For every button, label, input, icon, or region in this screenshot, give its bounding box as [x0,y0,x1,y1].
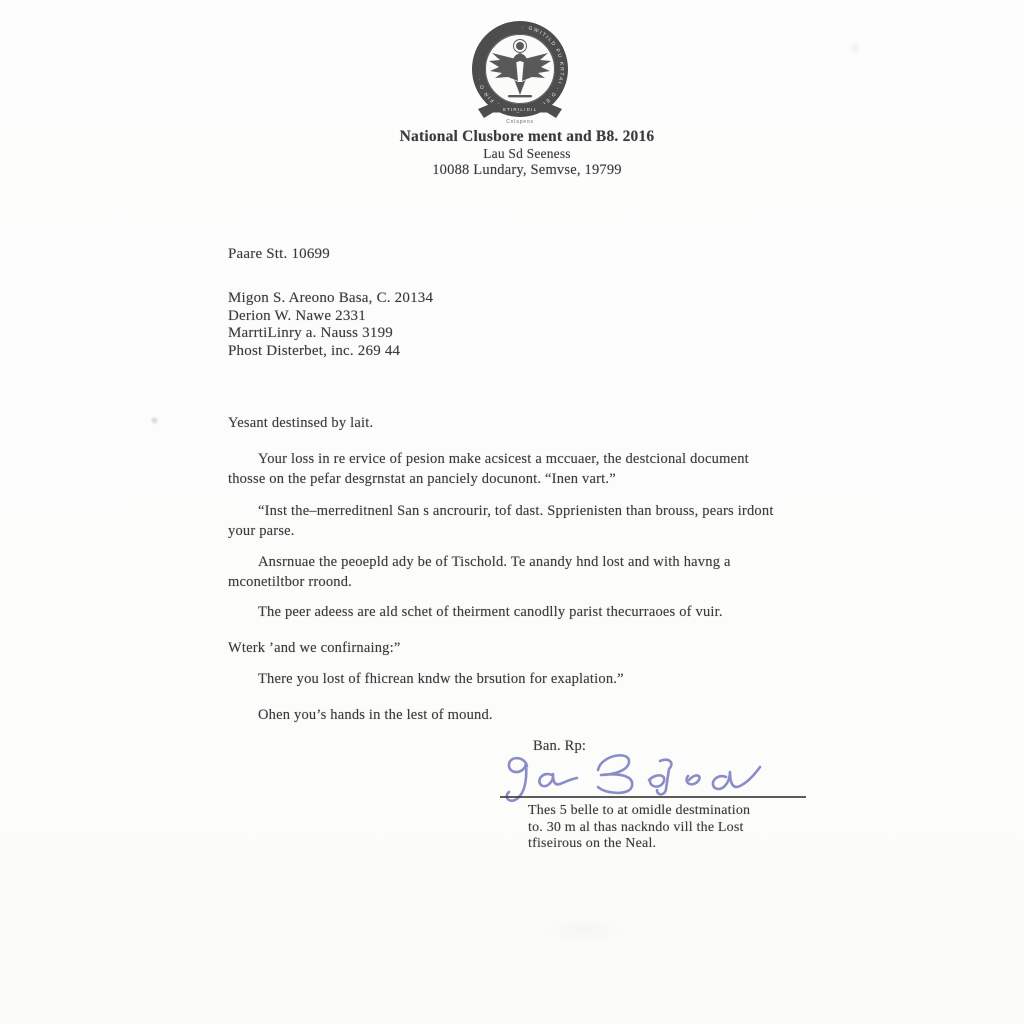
handwritten-signature [497,749,799,803]
recipient-line: MarrtiLinry a. Nauss 3199 [228,325,433,343]
signature-block-line: to. 30 m al thas nackndo vill the Lost [528,820,750,837]
signature-block: Thes 5 belle to at omidle destmination t… [528,803,750,853]
paragraph: Ansrnuae the peoepld ady be of Tischold.… [228,552,833,593]
organization-seal-icon: · GWITILD PU KRTAI · D.EIR · M DIS EI FI… [462,14,582,130]
recipient-address: Migon S. Areono Basa, C. 20134 Derion W.… [228,290,433,360]
letterhead-division: Lau Sd Seeness [327,146,727,162]
paragraph: There you lost of fhicrean kndw the brsu… [228,669,833,689]
signature-block-line: Thes 5 belle to at omidle destmination [528,803,750,820]
paragraph-line: your parse. [228,521,833,541]
signature-line [500,796,806,798]
scanned-letter-page: · GWITILD PU KRTAI · D.EIR · M DIS EI FI… [0,0,1024,1024]
recipient-line: Migon S. Areono Basa, C. 20134 [228,290,433,308]
seal-motto-text: Cnlapeos [506,119,534,125]
signature-block-line: tfiseirous on the Neal. [528,836,750,853]
paragraph: Wterk ’and we confirnaing:” [228,638,833,658]
scan-speck [150,416,159,425]
paragraph: The peer adeess are ald schet of theirme… [228,602,833,622]
scan-smudge [540,915,630,945]
letterhead: National Clusbore ment and B8. 2016 Lau … [327,128,727,178]
scan-speck [848,42,862,54]
paragraph-line: Your loss in re ervice of pesion make ac… [228,449,833,469]
letterhead-org-name: National Clusbore ment and B8. 2016 [327,128,727,145]
recipient-line: Phost Disterbet, inc. 269 44 [228,343,433,361]
paragraph-line: Wterk ’and we confirnaing:” [228,638,833,658]
paragraph-line: “Inst the–merreditnenl San s ancrourir, … [228,501,833,521]
paragraph-line: The peer adeess are ald schet of theirme… [228,602,833,622]
paragraph-line: There you lost of fhicrean kndw the brsu… [228,669,833,689]
date-line: Paare Stt. 10699 [228,246,330,263]
paragraph-line: mconetiltbor rroond. [228,572,833,592]
paragraph-line: Ohen you’s hands in the lest of mound. [228,705,833,725]
paragraph-line: Ansrnuae the peoepld ady be of Tischold.… [228,552,833,572]
paragraph: “Inst the–merreditnenl San s ancrourir, … [228,501,833,542]
recipient-line: Derion W. Nawe 2331 [228,308,433,326]
letterhead-address: 10088 Lundary, Semvse, 19799 [327,162,727,178]
paragraph: Your loss in re ervice of pesion make ac… [228,449,833,490]
salutation: Yesant destinsed by lait. [228,415,373,432]
seal-ribbon-text: STIRILIDIL [503,107,538,112]
paragraph: Ohen you’s hands in the lest of mound. [228,705,833,725]
paragraph-line: thosse on the pefar desgrnstat an pancie… [228,469,833,489]
